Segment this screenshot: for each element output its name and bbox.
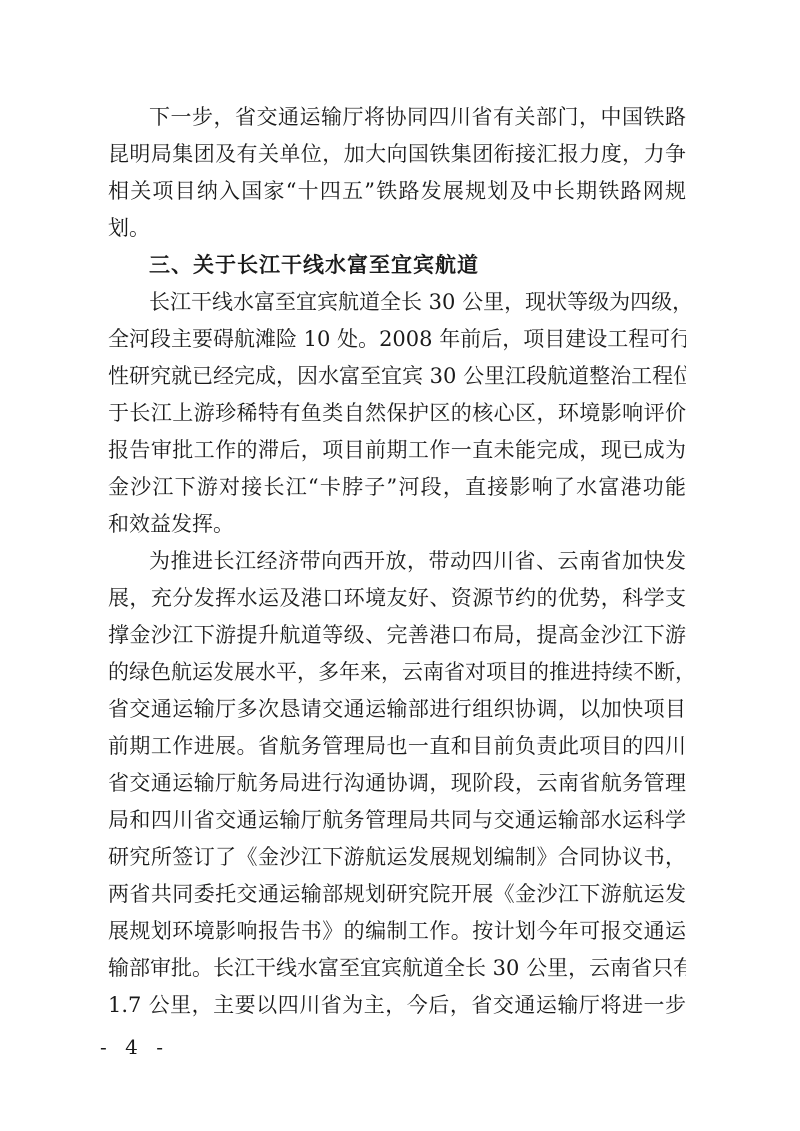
text-line: 研究所签订了《金沙江下游航运发展规划编制》合同协议书，	[108, 839, 686, 876]
text-line: 展，充分发挥水运及港口环境友好、资源节约的优势，科学支	[108, 580, 686, 617]
text-line: 省交通运输厅多次恳请交通运输部进行组织协调，以加快项目	[108, 691, 686, 728]
text-line: 两省共同委托交通运输部规划研究院开展《金沙江下游航运发	[108, 876, 686, 913]
text-line: 全河段主要碍航滩险 10 处。2008 年前后，项目建设工程可行	[108, 321, 686, 358]
text-line: 省交通运输厅航务局进行沟通协调，现阶段，云南省航务管理	[108, 765, 686, 802]
text-line: 局和四川省交通运输厅航务管理局共同与交通运输部水运科学	[108, 802, 686, 839]
text-line: 昆明局集团及有关单位，加大向国铁集团衔接汇报力度，力争	[108, 136, 686, 173]
text-line: 相关项目纳入国家“十四五”铁路发展规划及中长期铁路网规	[108, 173, 686, 210]
text-line: 长江干线水富至宜宾航道全长 30 公里，现状等级为四级，	[108, 284, 686, 321]
text-line: 前期工作进展。省航务管理局也一直和目前负责此项目的四川	[108, 728, 686, 765]
text-line: 撑金沙江下游提升航道等级、完善港口布局，提高金沙江下游	[108, 617, 686, 654]
text-line: 1.7 公里，主要以四川省为主，今后，省交通运输厅将进一步	[108, 987, 686, 1024]
page-number: - 4 -	[100, 1035, 169, 1059]
text-line: 性研究就已经完成，因水富至宜宾 30 公里江段航道整治工程位	[108, 358, 686, 395]
text-line: 和效益发挥。	[108, 506, 686, 543]
text-line: 为推进长江经济带向西开放，带动四川省、云南省加快发	[108, 543, 686, 580]
document-page: 下一步，省交通运输厅将协同四川省有关部门，中国铁路 昆明局集团及有关单位，加大向…	[108, 99, 686, 1024]
text-line: 输部审批。长江干线水富至宜宾航道全长 30 公里，云南省只有	[108, 950, 686, 987]
section-heading: 三、关于长江干线水富至宜宾航道	[108, 247, 686, 284]
text-line: 的绿色航运发展水平，多年来，云南省对项目的推进持续不断，	[108, 654, 686, 691]
text-line: 金沙江下游对接长江“卡脖子”河段，直接影响了水富港功能	[108, 469, 686, 506]
text-line: 展规划环境影响报告书》的编制工作。按计划今年可报交通运	[108, 913, 686, 950]
text-line: 于长江上游珍稀特有鱼类自然保护区的核心区，环境影响评价	[108, 395, 686, 432]
text-line: 划。	[108, 210, 686, 247]
text-line: 报告审批工作的滞后，项目前期工作一直未能完成，现已成为	[108, 432, 686, 469]
text-line: 下一步，省交通运输厅将协同四川省有关部门，中国铁路	[108, 99, 686, 136]
